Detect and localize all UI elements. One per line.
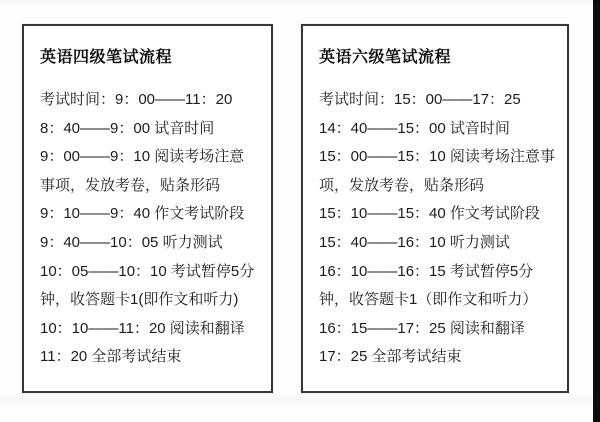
schedule-line: 16：15——17：25 阅读和翻译	[319, 315, 555, 344]
schedule-line: 17：25 全部考试结束	[319, 343, 555, 372]
schedule-line: 10：10——11：20 阅读和翻译	[40, 315, 259, 344]
schedule-line: 14：40——15：00 试音时间	[319, 115, 555, 144]
cet4-schedule-list: 考试时间：9：00——11：20 8：40——9：00 试音时间 9：00——9…	[40, 86, 259, 372]
schedule-line: 10：05——10：10 考试暂停5分钟，收答题卡1(即作文和听力)	[40, 258, 259, 315]
schedule-line: 考试时间：9：00——11：20	[40, 86, 259, 115]
schedule-line: 15：00——15：10 阅读考场注意事项，发放考卷，贴条形码	[319, 143, 555, 200]
schedule-line: 考试时间：15：00——17：25	[319, 86, 555, 115]
schedule-line: 9：10——9：40 作文考试阶段	[40, 200, 259, 229]
schedule-line: 15：10——15：40 作文考试阶段	[319, 200, 555, 229]
cet6-schedule-list: 考试时间：15：00——17：25 14：40——15：00 试音时间 15：0…	[319, 86, 555, 372]
schedule-line: 11：20 全部考试结束	[40, 343, 259, 372]
schedule-line: 16：10——16：15 考试暂停5分钟，收答题卡1（即作文和听力）	[319, 258, 555, 315]
right-edge-bar	[593, 0, 600, 422]
page-background: 英语四级笔试流程 考试时间：9：00——11：20 8：40——9：00 试音时…	[0, 0, 600, 422]
cet6-schedule-panel: 英语六级笔试流程 考试时间：15：00——17：25 14：40——15：00 …	[301, 24, 569, 393]
cet4-panel-title: 英语四级笔试流程	[40, 46, 259, 70]
schedule-line: 9：40——10：05 听力测试	[40, 229, 259, 258]
schedule-line: 8：40——9：00 试音时间	[40, 115, 259, 144]
schedule-line: 15：40——16：10 听力测试	[319, 229, 555, 258]
schedule-line: 9：00——9：10 阅读考场注意事项，发放考卷，贴条形码	[40, 143, 259, 200]
cet4-schedule-panel: 英语四级笔试流程 考试时间：9：00——11：20 8：40——9：00 试音时…	[22, 24, 273, 393]
cet6-panel-title: 英语六级笔试流程	[319, 46, 555, 70]
